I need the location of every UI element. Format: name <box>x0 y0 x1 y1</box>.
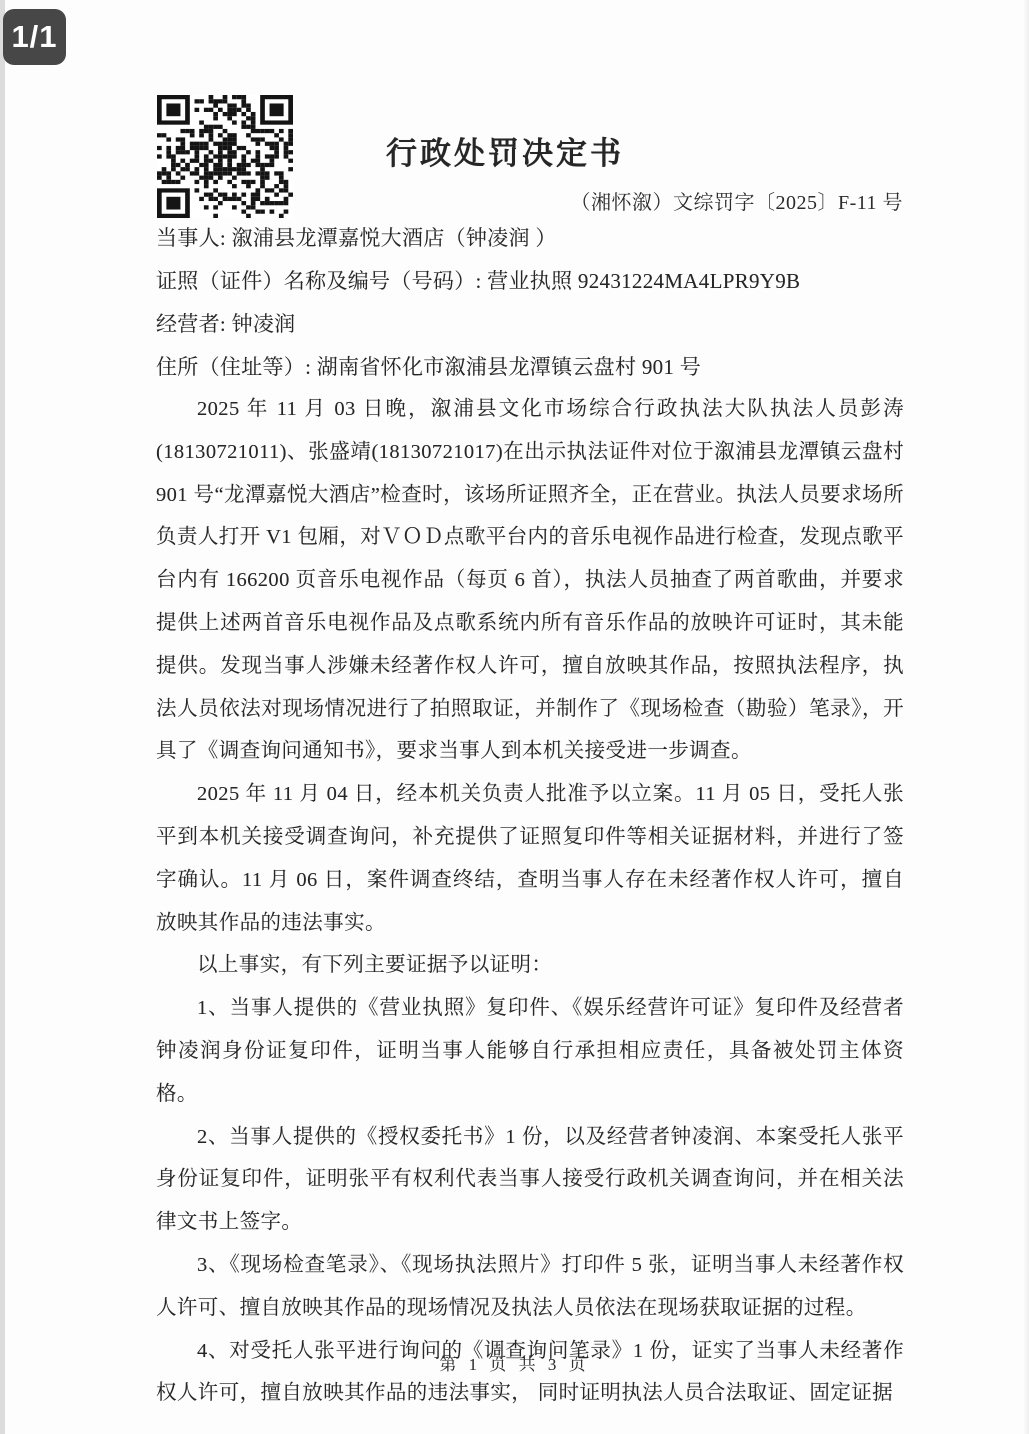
header-fields: 当事人: 溆浦县龙潭嘉悦大酒店（钟凌润 ）证照（证件）名称及编号（号码）: 营业… <box>156 217 906 389</box>
header-field-line: 住所（住址等）: 湖南省怀化市溆浦县龙潭镇云盘村 901 号 <box>156 346 906 389</box>
header-field-line: 经营者: 钟凌润 <box>156 303 906 346</box>
body-paragraph: 2、当事人提供的《授权委托书》1 份，以及经营者钟凌润、本案受托人张平身份证复印… <box>156 1116 904 1244</box>
page-indicator-badge: 1/1 <box>3 9 66 65</box>
page-indicator-label: 1/1 <box>11 19 57 55</box>
body-paragraph: 2025 年 11 月 04 日，经本机关负责人批准予以立案。11 月 05 日… <box>156 773 904 944</box>
body-paragraph: 以上事实，有下列主要证据予以证明： <box>156 944 904 987</box>
viewport-right-edge <box>1022 0 1029 1434</box>
document-number: （湘怀溆）文综罚字〔2025〕F-11 号 <box>155 186 903 215</box>
scanned-document-viewport: 1/1 行政处罚决定书 （湘怀溆）文综罚字〔2025〕F-11 号 当事人: 溆… <box>0 0 1029 1434</box>
body-paragraph: 1、当事人提供的《营业执照》复印件、《娱乐经营许可证》复印件及经营者钟凌润身份证… <box>156 987 904 1115</box>
document-body: 2025 年 11 月 03 日晚，溆浦县文化市场综合行政执法大队执法人员彭涛(… <box>156 388 904 1415</box>
page-number-footer: 第 1 页 共 3 页 <box>0 1350 1029 1375</box>
body-paragraph: 3、《现场检查笔录》、《现场执法照片》打印件 5 张，证明当事人未经著作权人许可… <box>156 1244 904 1330</box>
header-field-line: 当事人: 溆浦县龙潭嘉悦大酒店（钟凌润 ） <box>156 217 906 260</box>
document-title: 行政处罚决定书 <box>155 128 855 173</box>
header-field-line: 证照（证件）名称及编号（号码）: 营业执照 92431224MA4LPR9Y9B <box>156 260 906 303</box>
body-paragraph: 2025 年 11 月 03 日晚，溆浦县文化市场综合行政执法大队执法人员彭涛(… <box>156 388 904 773</box>
viewport-left-edge <box>0 0 5 1434</box>
